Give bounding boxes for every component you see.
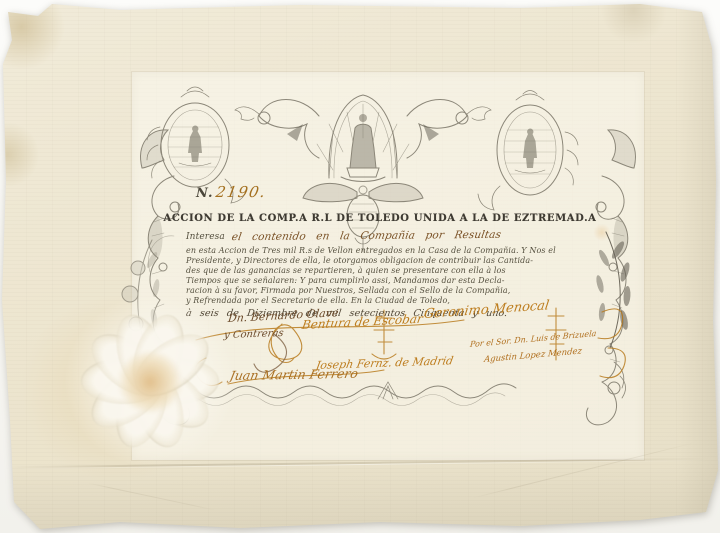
virgin-statue-vignette xyxy=(317,95,409,182)
opening-engraved-word: Interesa xyxy=(186,232,225,242)
paper-shadow-wrap: N.2190. ACCION DE LA COMP.A R.L DE TOLED… xyxy=(0,0,720,533)
embossed-paper-seal xyxy=(62,296,238,466)
serial-number-value: 2190. xyxy=(214,183,268,201)
opening-line: Interesa el contenido en la Compañia por… xyxy=(186,230,582,242)
serial-number: N.2190. xyxy=(196,182,266,201)
body-line: Presidente, y Directores de ella, le oto… xyxy=(186,256,582,265)
paper-fold-line xyxy=(0,0,1,170)
right-medallion-vignette xyxy=(478,91,578,211)
paper-crease xyxy=(87,482,214,510)
certificate-paper: N.2190. ACCION DE LA COMP.A R.L DE TOLED… xyxy=(0,0,720,533)
photo-background: N.2190. ACCION DE LA COMP.A R.L DE TOLED… xyxy=(0,0,720,533)
body-line: racion à su favor, Firmada por Nuestros,… xyxy=(186,286,582,295)
body-line: Tiempos que se señalaren: Y para cumplir… xyxy=(186,276,582,285)
body-line: en esta Accion de Tres mil R.s de Vellon… xyxy=(186,246,582,255)
opening-handwritten-text: el contenido en la Compañia por Resultas xyxy=(230,229,501,243)
body-line: des que de las ganancias se repartieren,… xyxy=(186,266,582,275)
serial-number-label: N. xyxy=(196,186,214,201)
seal-core xyxy=(118,352,182,412)
certificate-title: ACCION DE LA COMP.A R.L DE TOLEDO UNIDA … xyxy=(142,213,618,224)
